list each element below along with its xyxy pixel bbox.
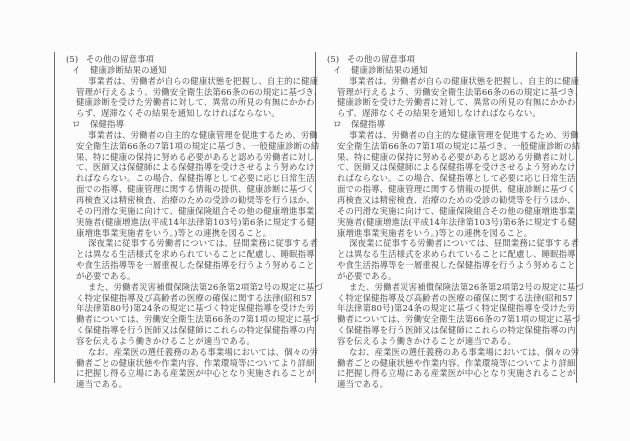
paragraph-line: 再検査又は精密検査、治療のための受診の勧奨等を行うほか、 [327,195,573,206]
section-heading: (5)その他の留意事項 [327,54,573,65]
paragraph-line: 適当である。 [327,379,573,390]
paragraph-line: ればならない。この場合、保健指導として必要に応じ日常生活 [66,173,312,184]
paragraph-line: や食生活指導等を一層重視した保健指導を行うよう努めること [327,260,573,271]
item-heading: ロ保健指導 [327,119,573,130]
paragraph-line: 深夜業に従事する労働者については、昼間業務に従事する者 [327,238,573,249]
paragraph-line: 果、特に健康の保持に努める必要があると認める労働者に対し [327,152,573,163]
paragraph-line: が必要である。 [327,271,573,282]
paragraph-line: 安全衛生法第66条の7第1項の規定に基づき、一般健康診断の結 [327,141,573,152]
paragraph-line: らず、遅滞なくその結果を通知しなければならない。 [327,108,573,119]
item-marker: イ [72,65,90,76]
paragraph-line: 事業者は、労働者の自主的な健康管理を促進するため、労働 [327,130,573,141]
paragraph: なお、産業医の選任義務のある事業場においては、個々の労働者ごとの健康状態や作業内… [327,347,573,390]
item-heading: イ健康診断結果の通知 [327,65,573,76]
paragraph-line: に把握し得る立場にある産業医が中心となり実施されることが [327,368,573,379]
paragraph-line: 容を伝えるよう働きかけることが適当である。 [327,336,573,347]
paragraph-line: 健康診断を受けた労働者に対して、異常の所見の有無にかかわ [66,97,312,108]
paragraph-line: て、医師又は保健師による保健指導を受けさせるよう努めなけ [66,162,312,173]
paragraph-line: 面での指導、健康管理に関する情報の提供、健康診断に基づく [66,184,312,195]
section-title: その他の留意事項 [347,54,415,64]
paragraph-line: に把握し得る立場にある産業医が中心となり実施されることが [66,368,312,379]
paragraph-line: 働者については、労働安全衛生法第66条の7第1項の規定に基づ [327,314,573,325]
paragraph: なお、産業医の選任義務のある事業場においては、個々の労働者ごとの健康状態や作業内… [66,347,312,390]
paragraph: また、労働者災害補償保険法第26条第2項第2号の規定に基づく特定保健指導及び高齢… [66,282,312,347]
paragraph-line: 安全衛生法第66条の7第1項の規定に基づき、一般健康診断の結 [66,141,312,152]
item-title: 保健指導 [90,119,124,129]
paragraph: また、労働者災害補償保険法第26条第2項第2号の規定に基づく特定保健指導及び高齢… [327,282,573,347]
item-marker: ロ [333,119,351,130]
paragraph-line: く特定保健指導及び高齢者の医療の確保に関する法律(昭和57 [66,293,312,304]
paragraph-line: 事業者は、労働者が自らの健康状態を把握し、自主的に健康 [66,76,312,87]
paragraph-line: 働者ごとの健康状態や作業内容、作業環境等についてより詳細 [66,358,312,369]
section-heading: (5)その他の留意事項 [66,54,312,65]
paragraph: 事業者は、労働者の自主的な健康管理を促進するため、労働安全衛生法第66条の7第1… [66,130,312,238]
item-title: 健康診断結果の通知 [90,65,167,75]
item-heading: イ健康診断結果の通知 [66,65,312,76]
column-divider-left [54,52,55,383]
paragraph-line: が必要である。 [66,271,312,282]
paragraph-line: く保健指導を行う医師又は保健師にこれらの特定保健指導の内 [327,325,573,336]
paragraph-line: 果、特に健康の保持に努める必要があると認める労働者に対し [66,152,312,163]
paragraph-line: 管理が行えるよう、労働安全衛生法第66条の6の規定に基づき、 [66,87,312,98]
paragraph-line: なお、産業医の選任義務のある事業場においては、個々の労 [327,347,573,358]
paragraph: 事業者は、労働者が自らの健康状態を把握し、自主的に健康管理が行えるよう、労働安全… [66,76,312,119]
paragraph-line: その円滑な実施に向けて、健康保険組合その他の健康増進事業 [327,206,573,217]
paragraph: 深夜業に従事する労働者については、昼間業務に従事する者とは異なる生活様式を求めら… [327,238,573,281]
paragraph-line: 年法律第80号)第24条の規定に基づく特定保健指導を受けた労 [66,303,312,314]
section-title: その他の留意事項 [86,54,154,64]
item-title: 保健指導 [351,119,385,129]
section-number: (5) [327,54,347,65]
paragraph: 事業者は、労働者が自らの健康状態を把握し、自主的に健康管理が行えるよう、労働安全… [327,76,573,119]
paragraph-line: 働者については、労働安全衛生法第66条の7第1項の規定に基づ [66,314,312,325]
item-title: 健康診断結果の通知 [351,65,428,75]
paragraph-line: その円滑な実施に向けて、健康保険組合その他の健康増進事業 [66,206,312,217]
paragraph-line: 深夜業に従事する労働者については、昼間業務に従事する者 [66,238,312,249]
paragraph-line: て、医師又は保健師による保健指導を受けさせるよう努めなけ [327,162,573,173]
paragraph-line: 管理が行えるよう、労働安全衛生法第66条の6の規定に基づき、 [327,87,573,98]
paragraph-line: らず、遅滞なくその結果を通知しなければならない。 [66,108,312,119]
paragraph-line: 事業者は、労働者の自主的な健康管理を促進するため、労働 [66,130,312,141]
paragraph-line: 適当である。 [66,379,312,390]
paragraph-line: く保健指導を行う医師又は保健師にこれらの特定保健指導の内 [66,325,312,336]
item-heading: ロ保健指導 [66,119,312,130]
item-marker: イ [333,65,351,76]
paragraph-line: とは異なる生活様式を求められていることに配慮し、睡眠指導 [327,249,573,260]
paragraph-line: 康増進事業実施者をいう。)等との連携を図ること。 [327,228,573,239]
paragraph-line: とは異なる生活様式を求められていることに配慮し、睡眠指導 [66,249,312,260]
paragraph-line: 実施者(健康増進法(平成14年法律第103号)第6条に規定する健 [327,217,573,228]
paragraph: 事業者は、労働者の自主的な健康管理を促進するため、労働安全衛生法第66条の7第1… [327,130,573,238]
paragraph-line: く特定保健指導及び高齢者の医療の確保に関する法律(昭和57 [327,293,573,304]
paragraph-line: 再検査又は精密検査、治療のための受診の勧奨等を行うほか、 [66,195,312,206]
paragraph-line: 容を伝えるよう働きかけることが適当である。 [66,336,312,347]
paragraph-line: 面での指導、健康管理に関する情報の提供、健康診断に基づく [327,184,573,195]
item-marker: ロ [72,119,90,130]
paragraph-line: 働者ごとの健康状態や作業内容、作業環境等についてより詳細 [327,358,573,369]
paragraph-line: また、労働者災害補償保険法第26条第2項第2号の規定に基づ [327,282,573,293]
column-left: (5)その他の留意事項イ健康診断結果の通知事業者は、労働者が自らの健康状態を把握… [66,54,312,390]
paragraph-line: 康増進事業実施者をいう。)等との連携を図ること。 [66,228,312,239]
paragraph-line: や食生活指導等を一層重視した保健指導を行うよう努めること [66,260,312,271]
section-number: (5) [66,54,86,65]
paragraph-line: なお、産業医の選任義務のある事業場においては、個々の労 [66,347,312,358]
paragraph-line: 事業者は、労働者が自らの健康状態を把握し、自主的に健康 [327,76,573,87]
paragraph-line: 実施者(健康増進法(平成14年法律第103号)第6条に規定する健 [66,217,312,228]
paragraph-line: 健康診断を受けた労働者に対して、異常の所見の有無にかかわ [327,97,573,108]
paragraph-line: また、労働者災害補償保険法第26条第2項第2号の規定に基づ [66,282,312,293]
paragraph: 深夜業に従事する労働者については、昼間業務に従事する者とは異なる生活様式を求めら… [66,238,312,281]
paragraph-line: 年法律第80号)第24条の規定に基づく特定保健指導を受けた労 [327,303,573,314]
paragraph-line: ればならない。この場合、保健指導として必要に応じ日常生活 [327,173,573,184]
column-right: (5)その他の留意事項イ健康診断結果の通知事業者は、労働者が自らの健康状態を把握… [327,54,573,390]
